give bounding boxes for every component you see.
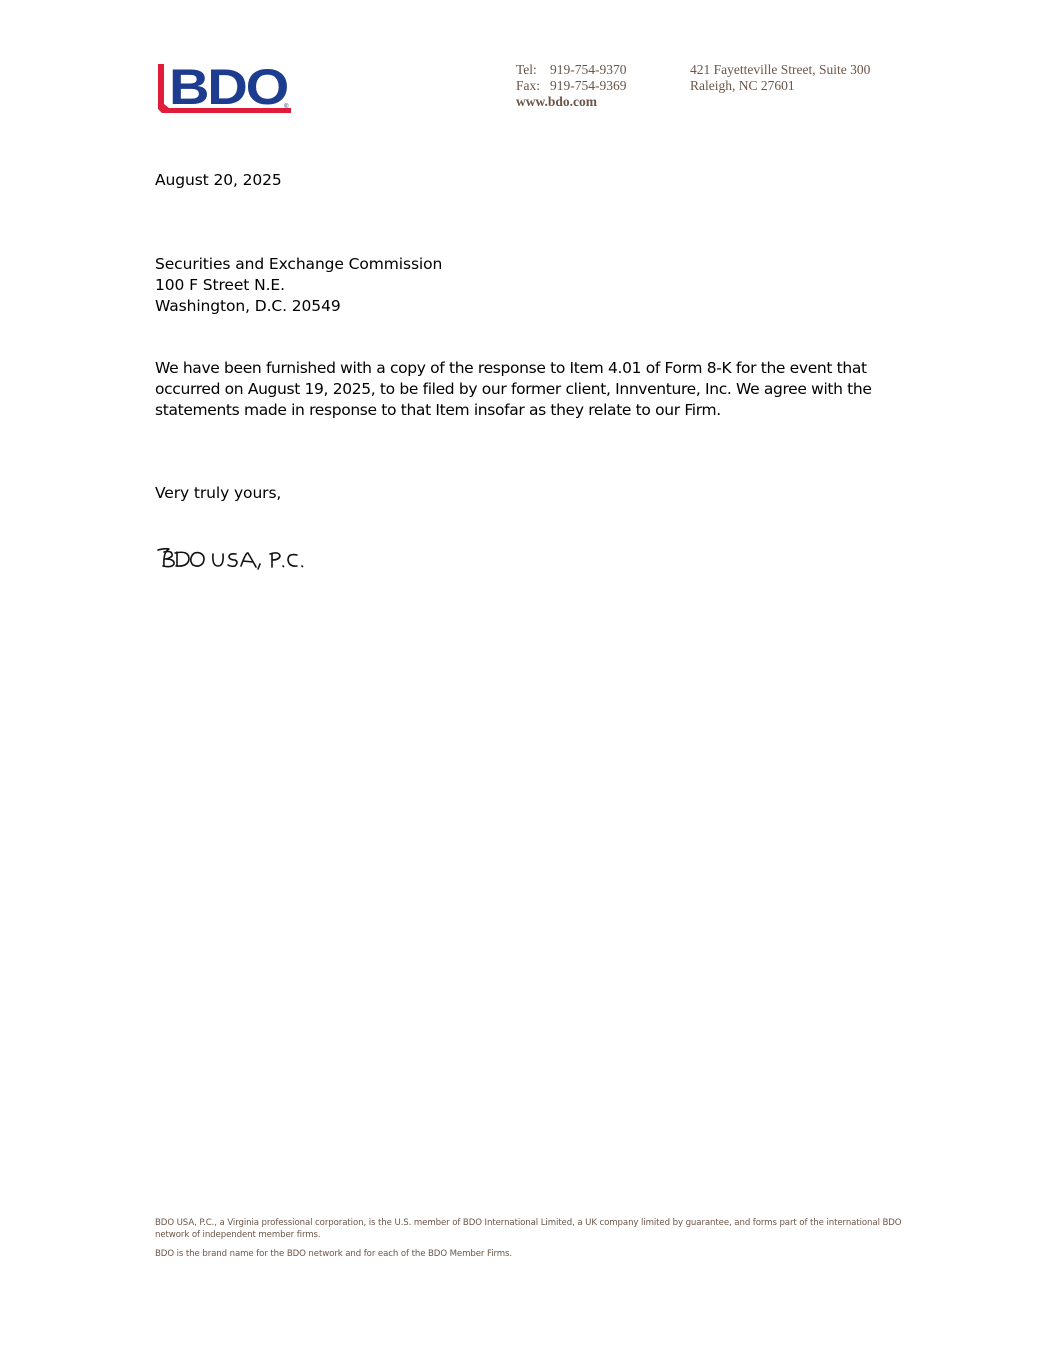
office-address: 421 Fayetteville Street, Suite 300 Ralei… <box>690 62 870 94</box>
recipient-line-3: Washington, D.C. 20549 <box>155 296 442 317</box>
recipient-line-2: 100 F Street N.E. <box>155 275 442 296</box>
contact-block: Tel: 919-754-9370 Fax: 919-754-9369 www.… <box>516 62 627 110</box>
tel-label: Tel: <box>516 62 550 78</box>
bdo-logo: BDO ® <box>157 60 293 114</box>
letter-body: We have been furnished with a copy of th… <box>155 358 915 421</box>
tel-number: 919-754-9370 <box>550 62 627 78</box>
footer-line-1: BDO USA, P.C., a Virginia professional c… <box>155 1217 915 1241</box>
letter-date: August 20, 2025 <box>155 170 282 191</box>
handwritten-signature: BDO USA, P.C. <box>155 544 345 574</box>
recipient-address: Securities and Exchange Commission 100 F… <box>155 254 442 317</box>
logo-text: BDO <box>169 60 287 114</box>
address-line-2: Raleigh, NC 27601 <box>690 78 870 94</box>
footer-line-2: BDO is the brand name for the BDO networ… <box>155 1248 915 1260</box>
fax-number: 919-754-9369 <box>550 78 627 94</box>
fax-row: Fax: 919-754-9369 <box>516 78 627 94</box>
registered-mark: ® <box>284 103 289 110</box>
footer-disclaimer: BDO USA, P.C., a Virginia professional c… <box>155 1217 915 1267</box>
website-link[interactable]: www.bdo.com <box>516 94 627 110</box>
address-line-1: 421 Fayetteville Street, Suite 300 <box>690 62 870 78</box>
tel-row: Tel: 919-754-9370 <box>516 62 627 78</box>
fax-label: Fax: <box>516 78 550 94</box>
recipient-line-1: Securities and Exchange Commission <box>155 254 442 275</box>
letter-closing: Very truly yours, <box>155 483 281 504</box>
